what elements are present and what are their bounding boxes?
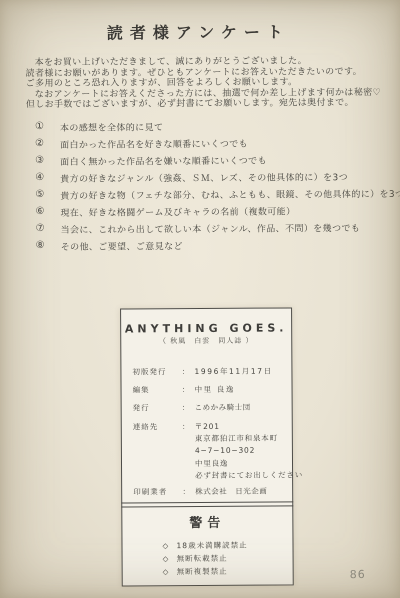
row-value: 中里 良逸 <box>195 384 235 395</box>
question-text: 本の感想を全体的に見て <box>48 120 163 134</box>
colophon-row-printer: 印刷業者 ： 株式会社 日光企画 <box>133 485 288 497</box>
list-item: ⑧ その他、ご要望、ご意見など <box>36 238 400 257</box>
address-line: 必ず封書にてお出しください <box>195 469 303 482</box>
colophon-row-first-print: 初版発行 ： 1996年11月17日 <box>132 365 287 377</box>
circled-number: ② <box>35 138 48 149</box>
address-line: 〒201 <box>195 420 303 433</box>
row-colon: ： <box>177 421 195 482</box>
row-label: 編集 <box>133 384 177 395</box>
diamond-bullet-icon: ◇ <box>163 566 177 579</box>
row-colon: ： <box>177 402 195 413</box>
circled-number: ⑤ <box>35 189 48 200</box>
colophon-row-editor: 編集 ： 中里 良逸 <box>133 383 288 395</box>
question-text: 現在、好きな格闘ゲーム及びキャラの名前（複数可能） <box>48 204 295 219</box>
circled-number: ③ <box>35 155 48 166</box>
diamond-bullet-icon: ◇ <box>162 539 176 552</box>
colophon-box: ANYTHING GOES. （ 秋風 白雲 同人誌 ） 初版発行 ： 1996… <box>120 307 294 586</box>
row-label: 発行 <box>133 402 177 413</box>
diamond-bullet-icon: ◇ <box>163 552 177 565</box>
address-line: 中里良逸 <box>195 457 303 470</box>
page-title: 読者様アンケート <box>0 19 398 44</box>
question-text: 貴方の好きな物（フェチな部分、むね、ふともも、眼鏡、その他具体的に）を3つ <box>48 187 400 202</box>
row-colon: ： <box>177 384 195 395</box>
question-text: 面白く無かった作品名を嫌いな順番にいくつでも <box>48 154 267 168</box>
intro-line: 但しお手数ではございますが、必ず封書にてお願いします。宛先は奥付まで。 <box>26 98 377 111</box>
circled-number: ⑧ <box>36 240 49 251</box>
row-value: 1996年11月17日 <box>194 366 272 377</box>
row-colon: ： <box>177 486 195 497</box>
circled-number: ⑥ <box>35 206 48 217</box>
question-text: 当会に、これから出して欲しい本（ジャンル、作品、不問）を幾つでも <box>49 221 361 236</box>
warning-item: ◇ 18歳未満購読禁止 <box>162 539 247 553</box>
colophon-row-contact: 連絡先 ： 〒201 東京都狛江市和泉本町 4−7−10−302 中里良逸 必ず… <box>133 420 288 482</box>
double-rule-divider <box>121 501 293 507</box>
warning-text: 18歳未満購読禁止 <box>176 539 247 553</box>
page-number: 86 <box>350 568 366 581</box>
warning-text: 無断転載禁止 <box>177 552 228 566</box>
circled-number: ① <box>35 121 48 132</box>
contact-address-block: 〒201 東京都狛江市和泉本町 4−7−10−302 中里良逸 必ず封書にてお出… <box>195 420 303 482</box>
question-text: 貴方の好きなジャンル（強姦、ＳＭ、レズ、その他具体的に）を3つ <box>48 170 348 185</box>
intro-paragraph: 本をお買い上げいただきまして、誠にありがとうございました。 読者様にお願いがあり… <box>26 56 377 111</box>
address-line: 東京都狛江市和泉本町 <box>195 433 303 446</box>
doujin-subtitle: （ 秋風 白雲 同人誌 ） <box>121 335 291 346</box>
circled-number: ⑦ <box>36 223 49 234</box>
warning-list: ◇ 18歳未満購読禁止 ◇ 無断転載禁止 ◇ 無断複製禁止 <box>162 539 247 579</box>
row-label: 初版発行 <box>132 366 176 377</box>
question-text: 面白かった作品名を好きな順番にいくつでも <box>48 137 248 151</box>
survey-question-list: ① 本の感想を全体的に見て ② 面白かった作品名を好きな順番にいくつでも ③ 面… <box>35 119 400 257</box>
question-text: その他、ご要望、ご意見など <box>49 239 183 253</box>
row-label: 印刷業者 <box>133 486 177 497</box>
row-value: こめかみ騎士団 <box>195 402 251 413</box>
row-value: 株式会社 日光企画 <box>195 486 267 497</box>
page-content: 読者様アンケート 本をお買い上げいただきまして、誠にありがとうございました。 読… <box>0 0 400 598</box>
warning-title: 警告 <box>122 511 292 531</box>
warning-item: ◇ 無断転載禁止 <box>163 552 248 566</box>
row-colon: ： <box>176 366 194 377</box>
circled-number: ④ <box>35 172 48 183</box>
warning-text: 無断複製禁止 <box>177 565 228 579</box>
doujin-title: ANYTHING GOES. <box>121 321 291 335</box>
row-label: 連絡先 <box>133 421 177 482</box>
warning-item: ◇ 無断複製禁止 <box>163 565 248 579</box>
colophon-row-publisher: 発行 ： こめかみ騎士団 <box>133 401 288 413</box>
address-line: 4−7−10−302 <box>195 445 303 458</box>
